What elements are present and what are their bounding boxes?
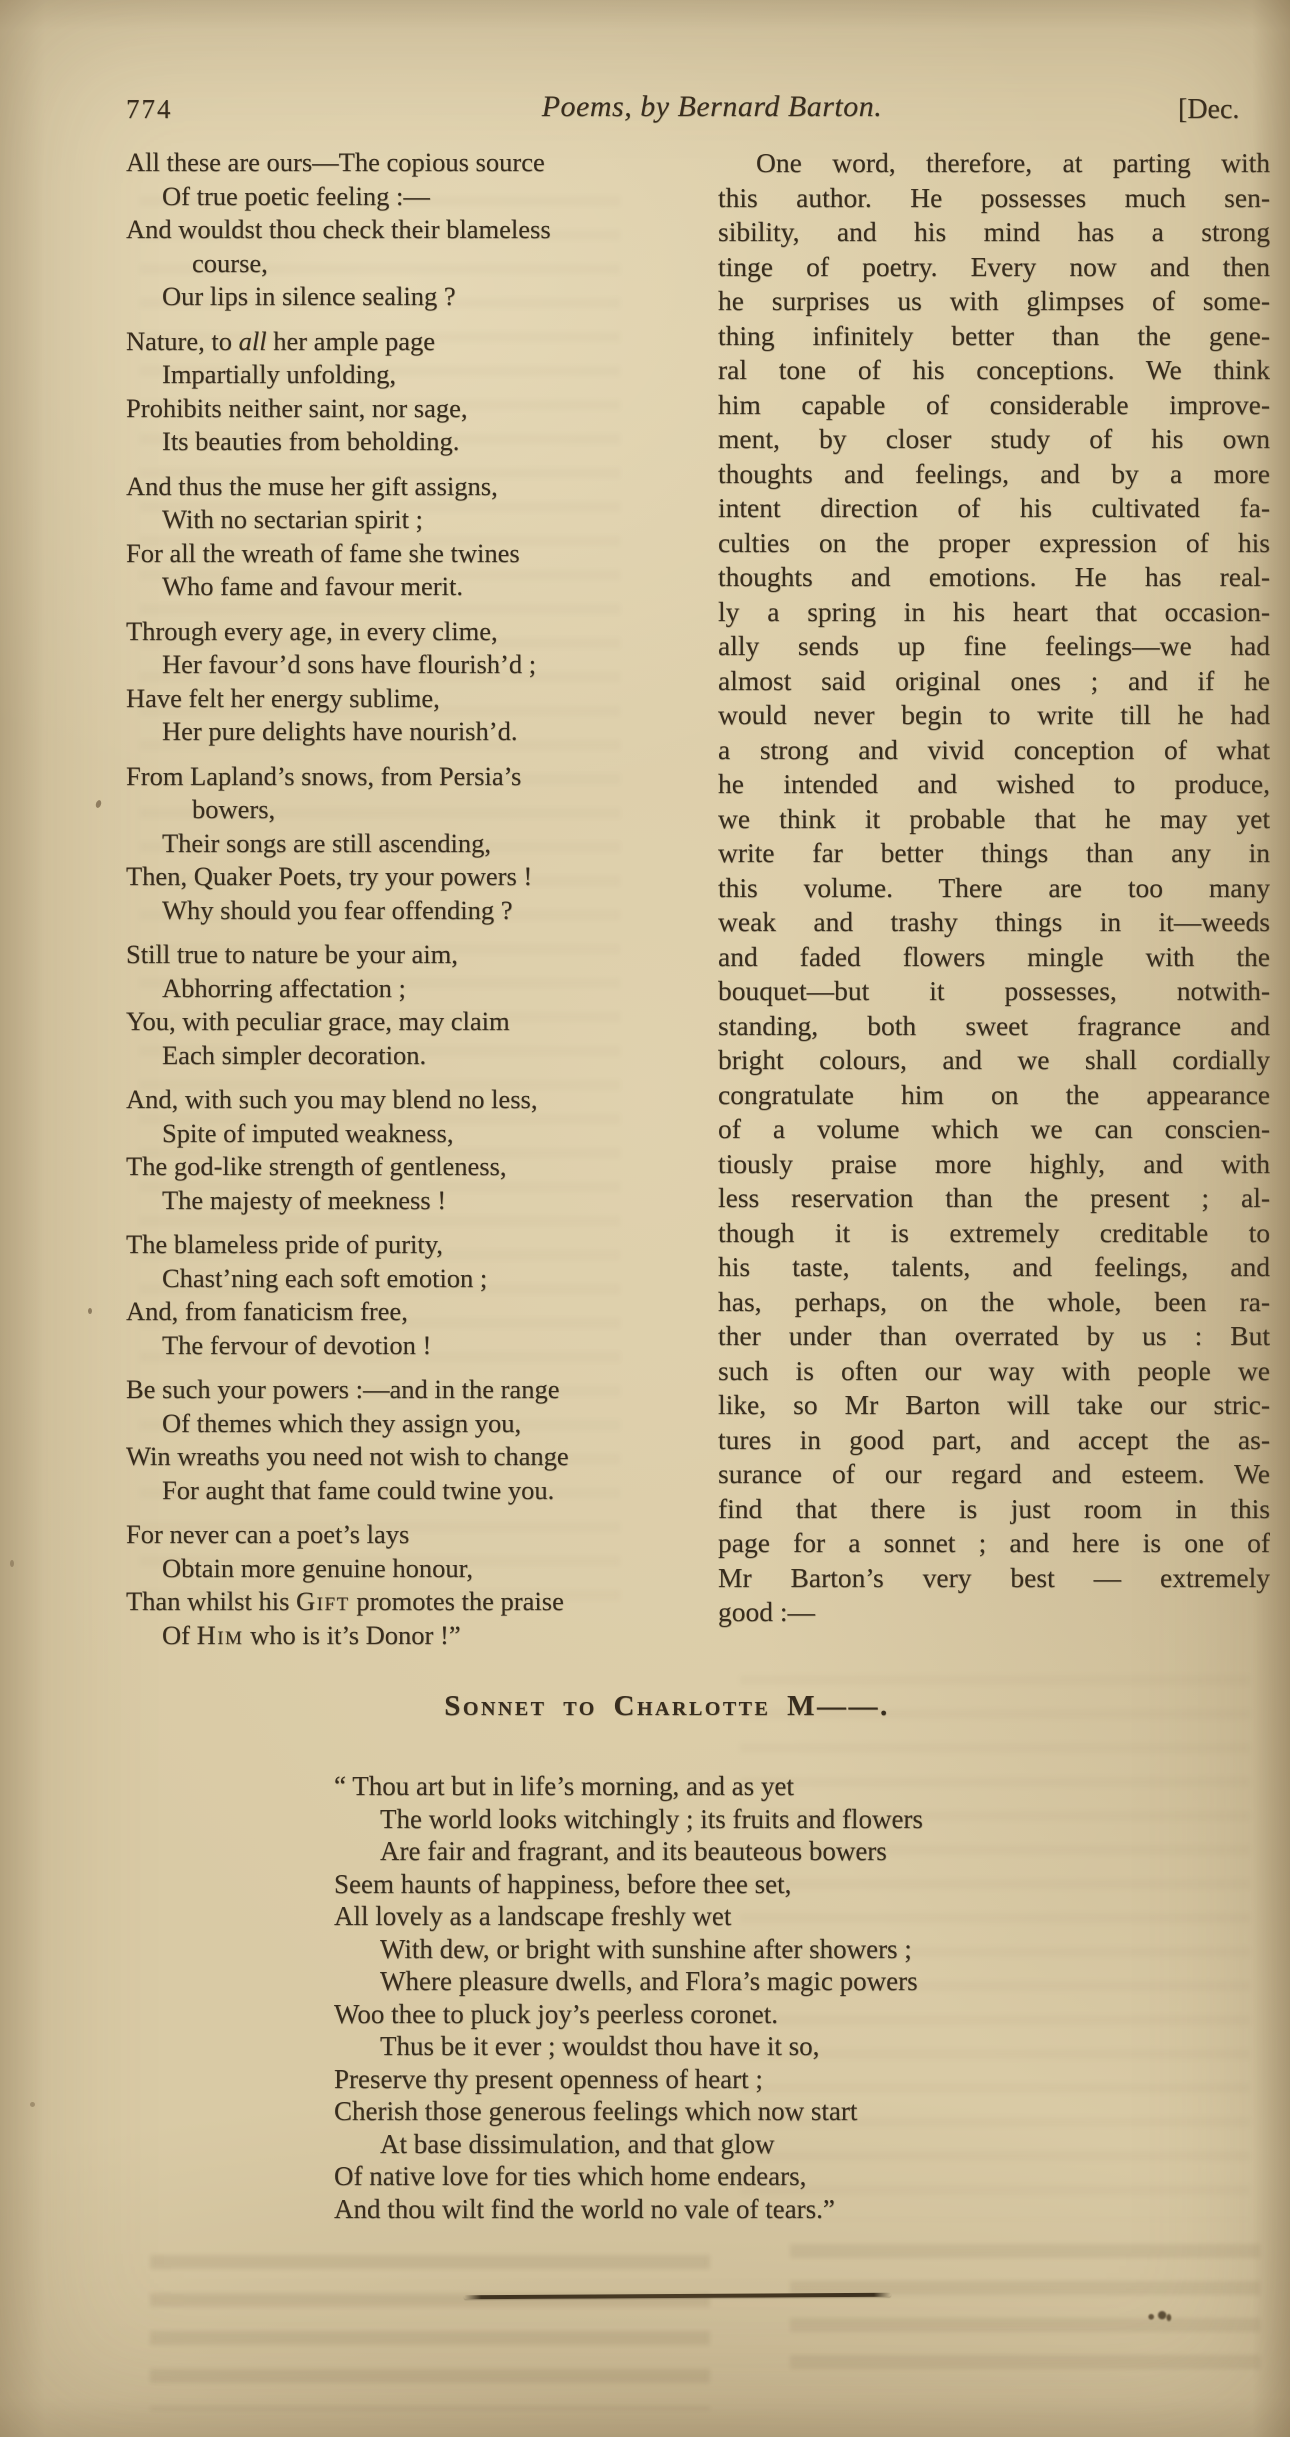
- poem-line: Then, Quaker Poets, try your powers !: [126, 860, 631, 894]
- poem-line: Nature, to all her ample page: [126, 325, 631, 359]
- review-line: such is often our way with people we: [718, 1354, 1270, 1389]
- poem-line: From Lapland’s snows, from Persia’s: [126, 760, 631, 794]
- poem-line: The fervour of devotion !: [126, 1329, 631, 1363]
- poem-line: Each simpler decoration.: [126, 1039, 631, 1073]
- running-title: Poems, by Bernard Barton.: [0, 90, 1290, 124]
- review-line: less reservation than the present ; al-: [718, 1181, 1270, 1216]
- review-line: surance of our regard and esteem. We: [718, 1457, 1270, 1492]
- poem-line: Of Him who is it’s Donor !”: [126, 1619, 631, 1653]
- poem-stanza: Nature, to all her ample pageImpartially…: [126, 325, 631, 459]
- poem-stanza: From Lapland’s snows, from Persia’sbower…: [126, 760, 631, 928]
- poem-line: Obtain more genuine honour,: [126, 1552, 631, 1586]
- review-line: he intended and wished to produce,: [718, 767, 1270, 802]
- bleed-through-texture: [150, 2245, 710, 2410]
- poem-line: Of true poetic feeling :—: [126, 180, 631, 214]
- sonnet-line: Are fair and fragrant, and its beauteous…: [334, 1835, 1134, 1868]
- sonnet-line: Of native love for ties which home endea…: [334, 2160, 1134, 2193]
- review-line: tures in good part, and accept the as-: [718, 1423, 1270, 1458]
- sonnet-line: “ Thou art but in life’s morning, and as…: [334, 1770, 1134, 1803]
- poem-line: Her pure delights have nourish’d.: [126, 715, 631, 749]
- bleed-through-texture: [790, 2235, 1260, 2385]
- sonnet-line: At base dissimulation, and that glow: [334, 2128, 1134, 2161]
- review-line: thoughts and feelings, and by a more: [718, 457, 1270, 492]
- poem-stanza: Be such your powers :—and in the rangeOf…: [126, 1373, 631, 1507]
- poem-line: course,: [126, 247, 631, 281]
- poem-line: Win wreaths you need not wish to change: [126, 1440, 631, 1474]
- review-line: sibility, and his mind has a strong: [718, 215, 1270, 250]
- review-line: and faded flowers mingle with the: [718, 940, 1270, 975]
- review-line: thoughts and emotions. He has real-: [718, 560, 1270, 595]
- review-line: would never begin to write till he had: [718, 698, 1270, 733]
- poem-line: Through every age, in every clime,: [126, 615, 631, 649]
- review-line: ther under than overrated by us : But: [718, 1319, 1270, 1354]
- poem-line: Than whilst his Gift promotes the praise: [126, 1585, 631, 1619]
- review-line: thing infinitely better than the gene-: [718, 319, 1270, 354]
- sonnet-line: And thou wilt find the world no vale of …: [334, 2193, 1134, 2226]
- review-line: tinge of poetry. Every now and then: [718, 250, 1270, 285]
- poem-line: And, from fanaticism free,: [126, 1295, 631, 1329]
- review-line: One word, therefore, at parting with: [718, 146, 1270, 181]
- review-line: find that there is just room in this: [718, 1492, 1270, 1527]
- poem-line: bowers,: [126, 793, 631, 827]
- poem-line: The majesty of meekness !: [126, 1184, 631, 1218]
- review-line: tiously praise more highly, and with: [718, 1147, 1270, 1182]
- review-line: good :—: [718, 1595, 1270, 1630]
- poem-stanza: And thus the muse her gift assigns,With …: [126, 470, 631, 604]
- poem-line: Why should you fear offending ?: [126, 894, 631, 928]
- sonnet-line: Woo thee to pluck joy’s peerless coronet…: [334, 1998, 1134, 2031]
- poem-line: You, with peculiar grace, may claim: [126, 1005, 631, 1039]
- review-line: his taste, talents, and feelings, and: [718, 1250, 1270, 1285]
- poem-line: Who fame and favour merit.: [126, 570, 631, 604]
- poem-line: Of themes which they assign you,: [126, 1407, 631, 1441]
- review-line: though it is extremely creditable to: [718, 1216, 1270, 1251]
- poem-line: Abhorring affectation ;: [126, 972, 631, 1006]
- poem-line: And wouldst thou check their blameless: [126, 213, 631, 247]
- review-line: almost said original ones ; and if he: [718, 664, 1270, 699]
- poem-line: The god-like strength of gentleness,: [126, 1150, 631, 1184]
- paper-speck: [88, 1308, 92, 1314]
- sonnet-line: Seem haunts of happiness, before thee se…: [334, 1868, 1134, 1901]
- sonnet-body: “ Thou art but in life’s morning, and as…: [334, 1770, 1134, 2225]
- review-line: ally sends up fine feelings—we had: [718, 629, 1270, 664]
- review-line: culties on the proper expression of his: [718, 526, 1270, 561]
- poem-stanza: Still true to nature be your aim,Abhorri…: [126, 938, 631, 1072]
- poem-line: And thus the muse her gift assigns,: [126, 470, 631, 504]
- end-of-article-rule: [464, 2293, 891, 2300]
- review-line: page for a sonnet ; and here is one of: [718, 1526, 1270, 1561]
- poem-line: Prohibits neither saint, nor sage,: [126, 392, 631, 426]
- scanned-book-page: 774 Poems, by Bernard Barton. [Dec. All …: [0, 0, 1290, 2437]
- sonnet-line: All lovely as a landscape freshly wet: [334, 1900, 1134, 1933]
- poem-line: Impartially unfolding,: [126, 358, 631, 392]
- review-line: bouquet—but it possesses, notwith-: [718, 974, 1270, 1009]
- review-line: write far better things than any in: [718, 836, 1270, 871]
- poem-stanza: The blameless pride of purity,Chast’ning…: [126, 1228, 631, 1362]
- review-line: him capable of considerable improve-: [718, 388, 1270, 423]
- sonnet-line: With dew, or bright with sunshine after …: [334, 1933, 1134, 1966]
- review-line: standing, both sweet fragrance and: [718, 1009, 1270, 1044]
- poem-line: The blameless pride of purity,: [126, 1228, 631, 1262]
- poem-line: Be such your powers :—and in the range: [126, 1373, 631, 1407]
- sonnet-line: Cherish those generous feelings which no…: [334, 2095, 1134, 2128]
- review-line: this volume. There are too many: [718, 871, 1270, 906]
- poem-line: Our lips in silence sealing ?: [126, 280, 631, 314]
- review-line: has, perhaps, on the whole, been ra-: [718, 1285, 1270, 1320]
- review-line: a strong and vivid conception of what: [718, 733, 1270, 768]
- sonnet-line: Where pleasure dwells, and Flora’s magic…: [334, 1965, 1134, 1998]
- poem-line: Her favour’d sons have flourish’d ;: [126, 648, 631, 682]
- review-line: ral tone of his conceptions. We think: [718, 353, 1270, 388]
- poem-line: Have felt her energy sublime,: [126, 682, 631, 716]
- poem-line: Chast’ning each soft emotion ;: [126, 1262, 631, 1296]
- poem-line: With no sectarian spirit ;: [126, 503, 631, 537]
- poem-line: All these are ours—The copious source: [126, 146, 631, 180]
- poem-line: And, with such you may blend no less,: [126, 1083, 631, 1117]
- review-line: he surprises us with glimpses of some-: [718, 284, 1270, 319]
- poem-line: For never can a poet’s lays: [126, 1518, 631, 1552]
- review-line: like, so Mr Barton will take our stric-: [718, 1388, 1270, 1423]
- poem-line: Its beauties from beholding.: [126, 425, 631, 459]
- sonnet-heading: Sonnet to Charlotte M——.: [0, 1690, 1290, 1723]
- review-line: this author. He possesses much sen-: [718, 181, 1270, 216]
- paper-speck: [10, 1560, 14, 1567]
- ink-smudge-mark: [1146, 2308, 1172, 2324]
- paper-speck: [30, 2102, 35, 2107]
- review-line: intent direction of his cultivated fa-: [718, 491, 1270, 526]
- review-line: Mr Barton’s very best — extremely: [718, 1561, 1270, 1596]
- sonnet-line: Thus be it ever ; wouldst thou have it s…: [334, 2030, 1134, 2063]
- sonnet-line: Preserve thy present openness of heart ;: [334, 2063, 1134, 2096]
- poem-stanza: And, with such you may blend no less,Spi…: [126, 1083, 631, 1217]
- poem-stanza: Through every age, in every clime,Her fa…: [126, 615, 631, 749]
- issue-date: [Dec.: [1178, 94, 1239, 126]
- poem-line: For all the wreath of fame she twines: [126, 537, 631, 571]
- review-line: we think it probable that he may yet: [718, 802, 1270, 837]
- review-column: One word, therefore, at parting withthis…: [718, 146, 1270, 1630]
- review-line: ment, by closer study of his own: [718, 422, 1270, 457]
- poem-line: Their songs are still ascending,: [126, 827, 631, 861]
- poem-column: All these are ours—The copious sourceOf …: [126, 146, 631, 1663]
- review-line: of a volume which we can conscien-: [718, 1112, 1270, 1147]
- poem-line: For aught that fame could twine you.: [126, 1474, 631, 1508]
- poem-stanza: For never can a poet’s laysObtain more g…: [126, 1518, 631, 1652]
- poem-line: Still true to nature be your aim,: [126, 938, 631, 972]
- sonnet-line: The world looks witchingly ; its fruits …: [334, 1803, 1134, 1836]
- review-line: bright colours, and we shall cordially: [718, 1043, 1270, 1078]
- paper-speck: [95, 799, 102, 808]
- review-line: congratulate him on the appearance: [718, 1078, 1270, 1113]
- review-line: ly a spring in his heart that occasion-: [718, 595, 1270, 630]
- poem-stanza: All these are ours—The copious sourceOf …: [126, 146, 631, 314]
- poem-line: Spite of imputed weakness,: [126, 1117, 631, 1151]
- review-line: weak and trashy things in it—weeds: [718, 905, 1270, 940]
